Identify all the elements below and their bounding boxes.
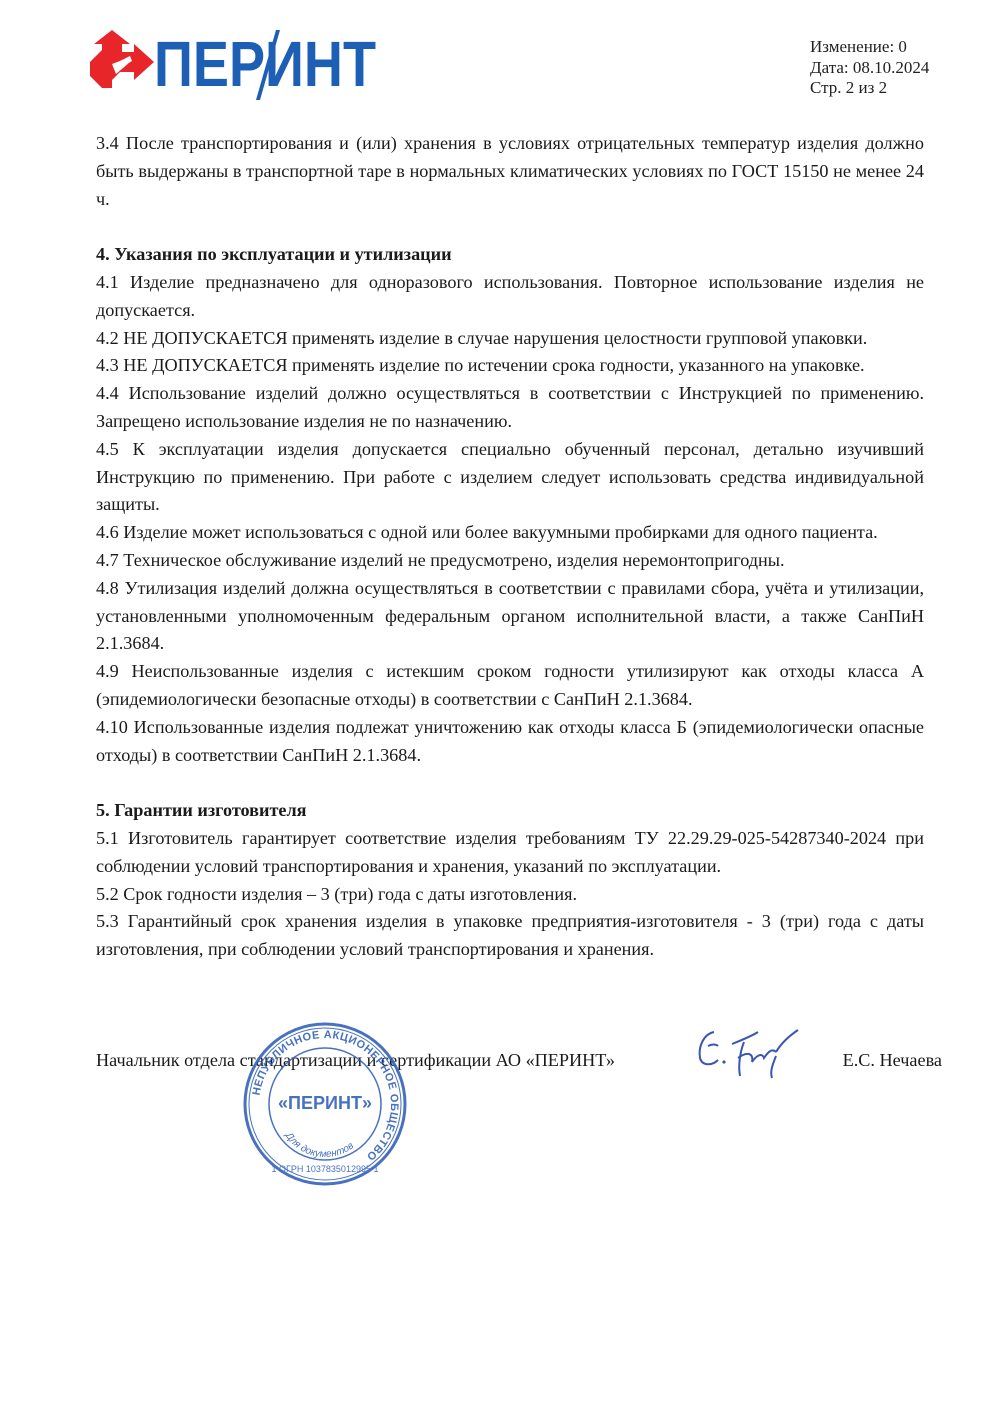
page-label: Стр. 2 из 2 bbox=[810, 78, 929, 99]
company-logo: ПЕРИНТ bbox=[90, 28, 380, 102]
paragraph-4-10: 4.10 Использованные изделия подлежат уни… bbox=[96, 714, 924, 770]
paragraph-4-8: 4.8 Утилизация изделий должна осуществля… bbox=[96, 575, 924, 658]
section-4-title: 4. Указания по эксплуатации и утилизации bbox=[96, 241, 924, 269]
handwritten-signature-icon bbox=[692, 1022, 817, 1082]
perint-arrow-logo-icon: ПЕРИНТ bbox=[90, 28, 380, 102]
paragraph-4-3: 4.3 НЕ ДОПУСКАЕТСЯ применять изделие по … bbox=[96, 352, 924, 380]
paragraph-4-7: 4.7 Техническое обслуживание изделий не … bbox=[96, 547, 924, 575]
paragraph-4-4: 4.4 Использование изделий должно осущест… bbox=[96, 380, 924, 436]
paragraph-4-1: 4.1 Изделие предназначено для одноразово… bbox=[96, 269, 924, 325]
paragraph-5-3: 5.3 Гарантийный срок хранения изделия в … bbox=[96, 908, 924, 964]
date-label: Дата: 08.10.2024 bbox=[810, 58, 929, 79]
stamp-center-text: «ПЕРИНТ» bbox=[278, 1093, 372, 1113]
company-stamp-icon: НЕПУБЛИЧНОЕ АКЦИОНЕРНОЕ ОБЩЕСТВО «ПЕРИНТ… bbox=[240, 1022, 410, 1187]
spacer bbox=[96, 213, 924, 241]
section-5-title: 5. Гарантии изготовителя bbox=[96, 797, 924, 825]
revision-label: Изменение: 0 bbox=[810, 37, 929, 58]
paragraph-5-2: 5.2 Срок годности изделия – 3 (три) года… bbox=[96, 881, 924, 909]
svg-text:Для документов: Для документов bbox=[282, 1130, 356, 1160]
signatory-name: Е.С. Нечаева bbox=[843, 1048, 942, 1072]
paragraph-4-5: 4.5 К эксплуатации изделия допускается с… bbox=[96, 436, 924, 519]
svg-text:ПЕРИНТ: ПЕРИНТ bbox=[154, 28, 376, 100]
document-body: 3.4 После транспортирования и (или) хран… bbox=[96, 130, 924, 964]
paragraph-4-2: 4.2 НЕ ДОПУСКАЕТСЯ применять изделие в с… bbox=[96, 325, 924, 353]
spacer bbox=[96, 769, 924, 797]
paragraph-4-9: 4.9 Неиспользованные изделия с истекшим … bbox=[96, 658, 924, 714]
paragraph-3-4: 3.4 После транспортирования и (или) хран… bbox=[96, 130, 924, 213]
paragraph-4-6: 4.6 Изделие может использоваться с одной… bbox=[96, 519, 924, 547]
document-meta: Изменение: 0 Дата: 08.10.2024 Стр. 2 из … bbox=[810, 37, 929, 99]
paragraph-5-1: 5.1 Изготовитель гарантирует соответстви… bbox=[96, 825, 924, 881]
stamp-ogrn-text: 1 ОГРН 1037835012995 1 bbox=[272, 1164, 379, 1174]
